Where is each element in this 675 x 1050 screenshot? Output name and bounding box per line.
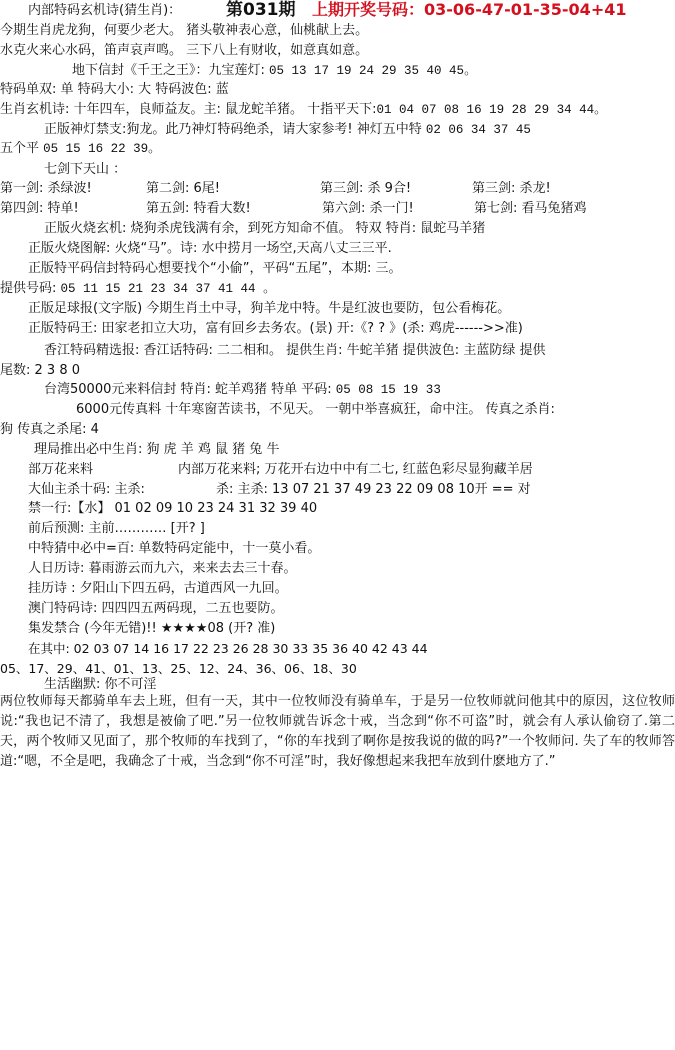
sword-4: 第四剑: 特单! bbox=[0, 200, 79, 218]
fax-kill-tail: 狗 传真之杀尾: 4 bbox=[0, 421, 99, 439]
wanhua-material: 内部万花来料; 万花开右边中中有二七, 红蓝色彩尽显狗藏羊居 bbox=[178, 461, 533, 479]
must-win-zodiac: 理局推出必中生肖: 狗 虎 羊 鸡 鼠 猪 兔 牛 bbox=[34, 441, 279, 459]
taiwan-numbers: 05 08 15 19 33 bbox=[336, 383, 441, 397]
renri-calendar-poem: 人日历诗: 暮雨游云而九六，来来去去三十春。 bbox=[28, 560, 297, 578]
underground-envelope: 地下信封《千王之王》：九宝莲灯: 05 13 17 19 24 29 35 40… bbox=[72, 62, 477, 80]
taiwan-text: 台湾50000元来料信封 特肖: 蛇羊鸡猪 特单 平码: bbox=[44, 382, 332, 397]
divine-lamp: 正版神灯禁支:狗龙。此乃神灯特码绝杀，请大家参考! 神灯五中特 02 06 34… bbox=[44, 121, 531, 139]
last-draw-numbers: 03-06-47-01-35-04+41 bbox=[424, 0, 626, 19]
five-flat: 五个平 05 15 16 22 39。 bbox=[0, 140, 161, 158]
sword-3: 第三剑: 杀 9合! bbox=[320, 180, 411, 198]
five-flat-numbers: 05 15 16 22 39。 bbox=[43, 142, 161, 156]
sword-2: 第二剑: 6尾! bbox=[146, 180, 220, 198]
underground-label: 地下信封《千王之王》：九宝莲灯: bbox=[72, 63, 265, 78]
jifa-forbidden-combo: 集发禁合 (今年无错)!! ★★★★08 (开? 准) bbox=[28, 620, 275, 638]
forbidden-row: 禁一行:【水】 01 02 09 10 23 24 31 32 39 40 bbox=[28, 500, 317, 518]
poem-title: 内部特码玄机诗(猜生肖)： bbox=[28, 2, 181, 20]
provided-numbers-label: 提供号码: bbox=[0, 281, 56, 296]
wall-calendar-poem: 挂历诗 : 夕阳山下四五码，古道西风一九回。 bbox=[28, 580, 288, 598]
sword-7: 第七剑: 看马兔猪鸡 bbox=[474, 200, 587, 218]
poem-line-2: 水克火来心水码，笛声哀声鸣。 三下八上有财收，如意真如意。 bbox=[0, 42, 368, 60]
poem-line-1: 今期生肖虎龙狗，何要少老大。 猪头敬神表心意，仙桃献上去。 bbox=[0, 22, 368, 40]
among-them-numbers: 在其中: 02 03 07 14 16 17 22 23 26 28 30 33… bbox=[28, 640, 428, 658]
immortal-kill-numbers: 杀: 主杀: 13 07 21 37 49 23 22 09 08 10开 ==… bbox=[216, 481, 531, 499]
zodiac-poem-text: 生肖玄机诗: 十年四车，良师益友。主: 鼠龙蛇羊猪。 十指平天下: bbox=[0, 102, 377, 117]
sword-3b: 第三剑: 杀龙! bbox=[472, 180, 551, 198]
five-flat-label: 五个平 bbox=[0, 141, 39, 156]
xiangjiang-tail: 尾数: 2 3 8 0 bbox=[0, 362, 80, 380]
football-paper: 正版足球报(文字版) 今期生肖土中寻，狗羊龙中特。牛是红波也要防，包公看梅花。 bbox=[28, 300, 510, 318]
humor-story: 两位牧师每天都骑单车去上班，但有一天，其中一位牧师没有骑单车，于是另一位牧师就问… bbox=[0, 692, 675, 772]
fax-material: 6000元传真料 十年寒窗苦读书，不见天。 一朝中举喜疯狂，命中注。 传真之杀肖… bbox=[76, 401, 555, 419]
fire-mystery: 正版火烧玄机: 烧狗杀虎钱满有余，到死方知命不值。 特双 特肖: 鼠蛇马羊猪 bbox=[44, 220, 485, 238]
fire-diagram: 正版火烧图解: 火烧“马”。诗: 水中捞月一场空,天高八丈三三平. bbox=[28, 240, 392, 258]
sword-6: 第六剑: 杀一门! bbox=[322, 200, 414, 218]
front-back-prediction: 前后预测: 主前………… [开? ] bbox=[28, 520, 205, 538]
issue-number: 第031期 bbox=[226, 1, 296, 19]
zodiac-poem: 生肖玄机诗: 十年四车，良师益友。主: 鼠龙蛇羊猪。 十指平天下:01 04 0… bbox=[0, 101, 607, 119]
taiwan-envelope: 台湾50000元来料信封 特肖: 蛇羊鸡猪 特单 平码: 05 08 15 19… bbox=[44, 381, 441, 399]
lotus-lamp-numbers: 05 13 17 19 24 29 35 40 45。 bbox=[269, 64, 477, 78]
provided-numbers-values: 05 11 15 21 23 34 37 41 44 。 bbox=[61, 282, 276, 296]
sword-5: 第五剑: 特看大数! bbox=[146, 200, 251, 218]
provided-numbers: 提供号码: 05 11 15 21 23 34 37 41 44 。 bbox=[0, 280, 276, 298]
sword-1: 第一剑: 杀绿波! bbox=[0, 180, 92, 198]
last-draw-label: 上期开奖号码： bbox=[312, 0, 424, 19]
xiangjiang-selection: 香江特码精选报: 香江话特码: 二二相和。 提供生肖: 牛蛇羊猪 提供波色: 主… bbox=[44, 342, 545, 360]
macau-code-poem: 澳门特码诗: 四四四五两码现，二五也要防。 bbox=[28, 600, 284, 618]
immortal-kill-label: 大仙主杀十码: 主杀: bbox=[28, 481, 145, 499]
guess-hundred: 中特猜中必中=百: 单数特码定能中，十一莫小看。 bbox=[28, 540, 320, 558]
wanhua-label: 部万花来料 bbox=[28, 461, 93, 479]
flat-envelope: 正版特平码信封特码心想要找个“小偷”，平码“五尾”，本期: 三。 bbox=[28, 260, 401, 278]
last-draw: 上期开奖号码：03-06-47-01-35-04+41 bbox=[312, 1, 626, 19]
divine-lamp-numbers: 02 06 34 37 45 bbox=[426, 123, 531, 137]
divine-lamp-text: 正版神灯禁支:狗龙。此乃神灯特码绝杀，请大家参考! 神灯五中特 bbox=[44, 122, 422, 137]
seven-swords-title: 七剑下天山 ： bbox=[44, 161, 126, 179]
special-code-king: 正版特码王: 田家老扣立大功，富有回乡去务农。(景) 开:《? ? 》(杀: 鸡… bbox=[28, 320, 523, 338]
special-code-attributes: 特码单双: 单 特码大小: 大 特码波色: 蓝 bbox=[0, 81, 229, 99]
zodiac-poem-numbers: 01 04 07 08 16 19 28 29 34 44。 bbox=[377, 103, 607, 117]
